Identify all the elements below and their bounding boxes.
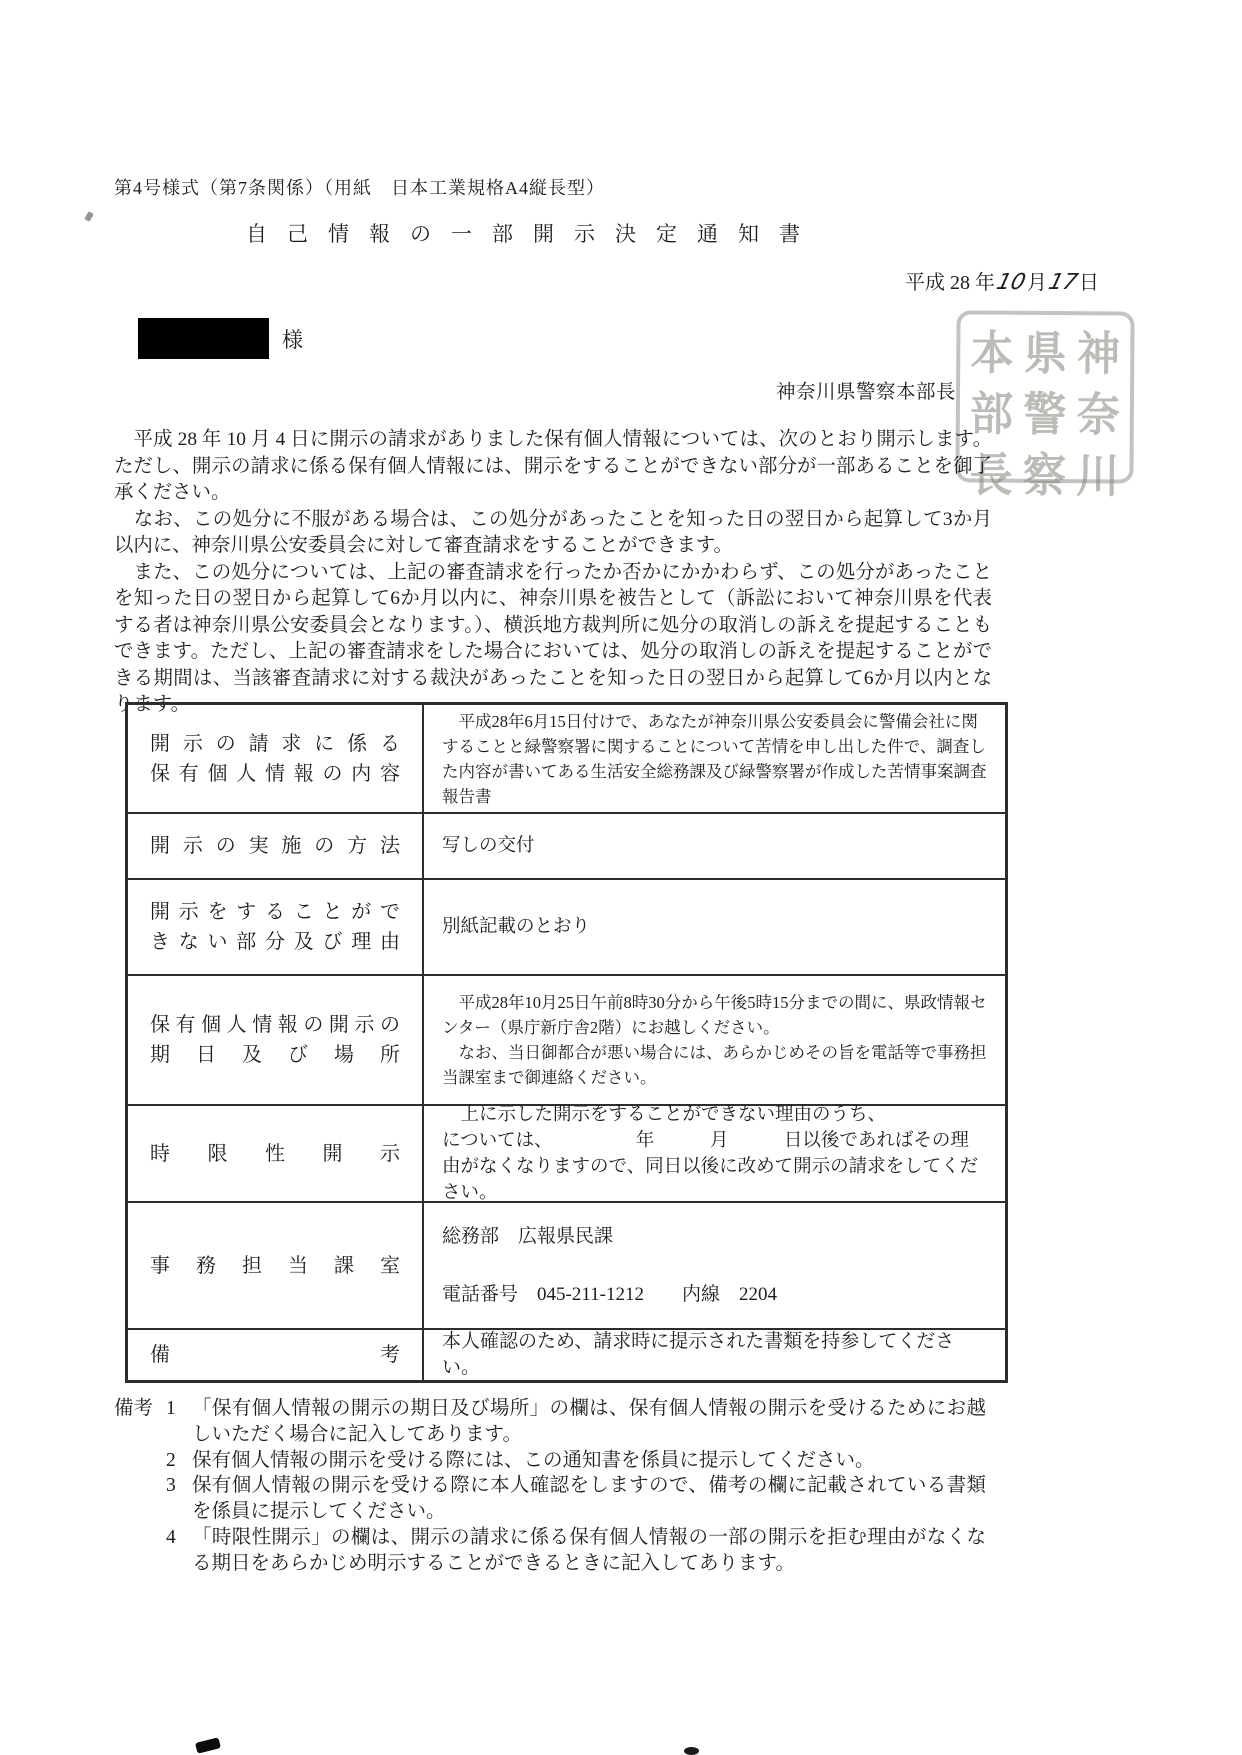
table-row-undisclosable-parts: 開示をすることがで きない部分及び理由 別紙記載のとおり [128, 878, 1005, 974]
row-content: 別紙記載のとおり [424, 880, 1005, 974]
body-paragraph: なお、この処分に不服がある場合は、この処分があったことを知った日の翌日から起算し… [114, 507, 992, 560]
office-name: 総務部 広報県民課 [442, 1224, 987, 1250]
row-content: 本人確認のため、請求時に提示された書類を持参してください。 [424, 1330, 1005, 1380]
issue-date: 平成 28 年10月17日 [905, 266, 1099, 295]
footnote-text: 「時限性開示」の欄は、開示の請求に係る保有個人情報の一部の開示を拒む理由がなくな… [192, 1525, 986, 1577]
seal-char: 神 [1072, 318, 1126, 384]
footnote-number: 1 [166, 1396, 192, 1448]
footnotes-section: 備考 1 「保有個人情報の開示の期日及び場所」の欄は、保有個人情報の開示を受ける… [114, 1396, 986, 1577]
body-paragraph: また、この処分については、上記の審査請求を行ったか否かにかかわらず、この処分があ… [114, 560, 992, 719]
footnote-number: 3 [166, 1473, 192, 1525]
footnotes-label: 備考 [114, 1396, 156, 1577]
row-content: 総務部 広報県民課 電話番号 045-211-1212 内線 2204 [424, 1203, 1005, 1328]
table-row-disclosure-content: 開示の請求に係る 保有個人情報の内容 平成28年6月15日付けで、あなたが神奈川… [128, 705, 1005, 812]
row-content: 上に示した開示をすることができない理由のうち、 については、 年 月 日以後であ… [424, 1106, 1005, 1201]
footnote-item: 2 保有個人情報の開示を受ける際には、この通知書を係員に提示してください。 [166, 1448, 986, 1474]
footnote-number: 2 [166, 1448, 192, 1474]
footnote-text: 保有個人情報の開示を受ける際には、この通知書を係員に提示してください。 [192, 1448, 986, 1474]
row-content-line: 上に示した開示をすることができない理由のうち、 [442, 1102, 987, 1128]
row-label: 備考 [128, 1330, 424, 1380]
row-label-line: 事務担当課室 [150, 1251, 400, 1281]
footnote-item: 1 「保有個人情報の開示の期日及び場所」の欄は、保有個人情報の開示を受けるために… [166, 1396, 986, 1448]
table-row-office-in-charge: 事務担当課室 総務部 広報県民課 電話番号 045-211-1212 内線 22… [128, 1201, 1005, 1328]
page-title: 自己情報の一部開示決定通知書 [246, 218, 820, 248]
row-content-line: 本人確認のため、請求時に提示された書類を持参してください。 [442, 1329, 987, 1381]
row-label-line: 開示の請求に係る [150, 729, 400, 759]
row-content-line: については、 年 月 日以後であればその理由がなくなりますので、同日以後に改めて… [442, 1128, 987, 1206]
seal-char: 本 [965, 317, 1019, 383]
row-content-line: なお、当日御都合が悪い場合には、あらかじめその旨を電話等で事務担当課室まで御連絡… [442, 1040, 987, 1090]
date-day-handwritten: 17 [1046, 270, 1080, 295]
row-content-line: 写しの交付 [442, 833, 987, 859]
form-number: 第4号様式（第7条関係）（用紙 日本工業規格A4縦長型） [114, 174, 605, 200]
table-row-time-limited-disclosure: 時限性開示 上に示した開示をすることができない理由のうち、 については、 年 月… [128, 1104, 1005, 1201]
footnotes-list: 1 「保有個人情報の開示の期日及び場所」の欄は、保有個人情報の開示を受けるために… [166, 1396, 986, 1577]
scan-artifact [684, 1747, 699, 1755]
seal-char: 察 [1018, 439, 1072, 505]
row-label: 事務担当課室 [128, 1203, 424, 1328]
recipient-honorific: 様 [282, 328, 303, 352]
footnote-number: 4 [166, 1525, 192, 1577]
table-row-disclosure-method: 開示の実施の方法 写しの交付 [128, 812, 1005, 878]
row-content: 平成28年10月25日午前8時30分から午後5時15分までの間に、県政情報センタ… [424, 976, 1005, 1104]
body-paragraphs: 平成 28 年 10 月 4 日に開示の請求がありました保有個人情報については、… [114, 427, 992, 719]
row-content-line: 平成28年6月15日付けで、あなたが神奈川県公安委員会に警備会社に関することと緑… [442, 709, 987, 809]
recipient-line: 様 [138, 318, 303, 359]
seal-char: 警 [1018, 378, 1072, 444]
row-content: 平成28年6月15日付けで、あなたが神奈川県公安委員会に警備会社に関することと緑… [424, 705, 1005, 812]
row-label-line: 保有個人情報の開示の [150, 1010, 400, 1040]
scan-artifact [195, 1737, 221, 1753]
row-label-line: 開示をすることがで [150, 897, 400, 927]
date-month-handwritten: 10 [994, 270, 1028, 295]
row-label-line: 備考 [150, 1340, 400, 1370]
row-label: 時限性開示 [128, 1106, 424, 1201]
row-label-line: 開示の実施の方法 [150, 831, 400, 861]
redacted-name-box [138, 318, 269, 359]
row-label-line: きない部分及び理由 [150, 927, 400, 957]
row-label: 保有個人情報の開示の 期日及び場所 [128, 976, 424, 1104]
row-content-line: 別紙記載のとおり [442, 914, 987, 940]
table-row-remarks: 備考 本人確認のため、請求時に提示された書類を持参してください。 [128, 1328, 1005, 1380]
row-label-line: 時限性開示 [150, 1139, 400, 1169]
date-month-unit: 月 [1027, 272, 1047, 294]
footnote-item: 4 「時限性開示」の欄は、開示の請求に係る保有個人情報の一部の開示を拒む理由がな… [166, 1525, 986, 1577]
office-phone: 電話番号 045-211-1212 内線 2204 [442, 1282, 987, 1308]
seal-char: 川 [1071, 440, 1125, 506]
sender-name: 神奈川県警察本部長 [776, 376, 956, 404]
seal-char: 奈 [1071, 379, 1125, 445]
table-row-disclosure-date-place: 保有個人情報の開示の 期日及び場所 平成28年10月25日午前8時30分から午後… [128, 974, 1005, 1104]
document-page: 第4号様式（第7条関係）（用紙 日本工業規格A4縦長型） 自己情報の一部開示決定… [0, 0, 1242, 1755]
date-day-unit: 日 [1079, 272, 1099, 294]
footnote-item: 3 保有個人情報の開示を受ける際に本人確認をしますので、備考の欄に記載されている… [166, 1473, 986, 1525]
disclosure-table: 開示の請求に係る 保有個人情報の内容 平成28年6月15日付けで、あなたが神奈川… [125, 702, 1008, 1383]
body-paragraph: 平成 28 年 10 月 4 日に開示の請求がありました保有個人情報については、… [114, 427, 992, 507]
row-label: 開示をすることがで きない部分及び理由 [128, 880, 424, 974]
footnote-text: 保有個人情報の開示を受ける際に本人確認をしますので、備考の欄に記載されている書類… [192, 1473, 986, 1525]
row-label: 開示の実施の方法 [128, 814, 424, 878]
row-label: 開示の請求に係る 保有個人情報の内容 [128, 705, 424, 812]
seal-char: 県 [1018, 317, 1072, 383]
row-content: 写しの交付 [424, 814, 1005, 878]
date-era-year: 平成 28 年 [905, 272, 995, 294]
row-label-line: 保有個人情報の内容 [150, 759, 400, 789]
row-label-line: 期日及び場所 [150, 1040, 400, 1070]
scan-artifact [84, 211, 94, 222]
footnote-text: 「保有個人情報の開示の期日及び場所」の欄は、保有個人情報の開示を受けるためにお越… [192, 1396, 986, 1448]
row-content-line: 平成28年10月25日午前8時30分から午後5時15分までの間に、県政情報センタ… [442, 990, 987, 1040]
